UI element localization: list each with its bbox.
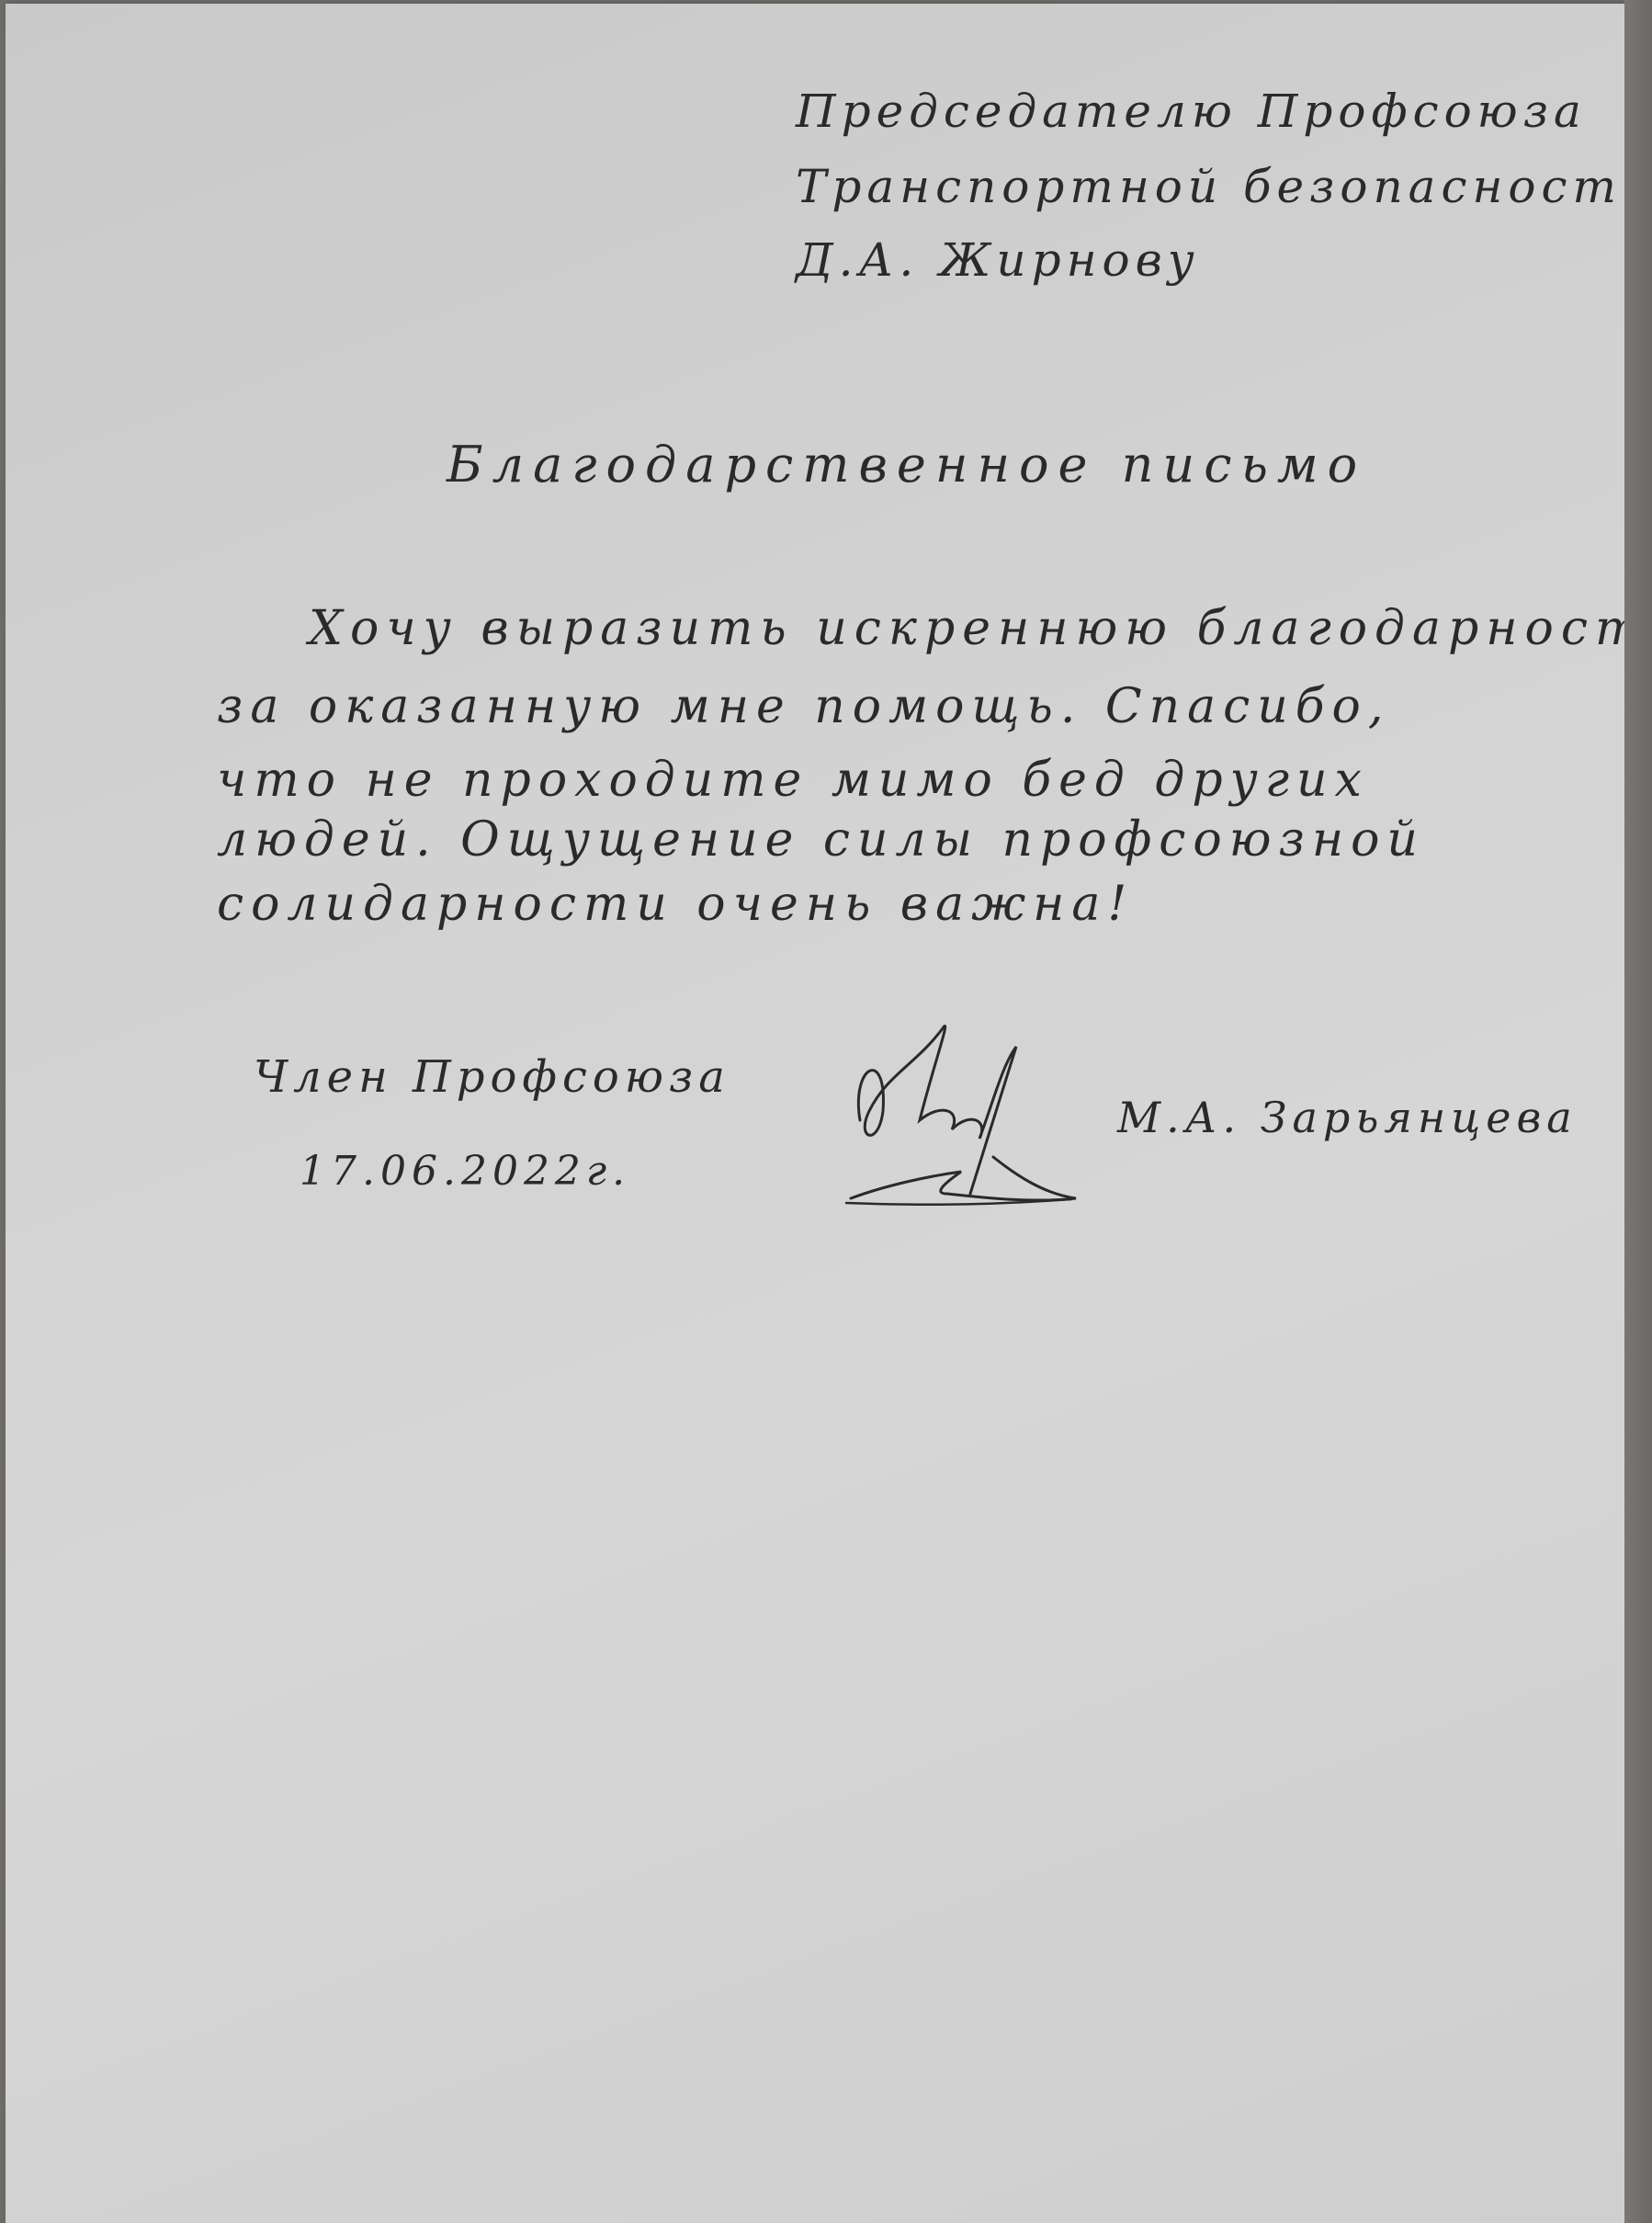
paper-sheet: Председателю Профсоюза Транспортной безо…: [6, 4, 1624, 2223]
body-line-2: за оказанную мне помощь. Спасибо,: [217, 679, 1390, 734]
body-line-5: солидарности очень важна!: [217, 877, 1134, 932]
handwritten-signature-icon: [832, 1010, 1136, 1221]
addressee-line-2: Транспортной безопасности: [796, 160, 1652, 213]
addressee-line-1: Председателю Профсоюза: [796, 85, 1587, 138]
body-line-4: людей. Ощущение силы профсоюзной: [217, 812, 1425, 868]
signer-name: М.А. Зарьянцева: [1117, 1093, 1578, 1142]
signer-role: Член Профсоюза: [254, 1051, 730, 1103]
letter-date: 17.06.2022г.: [300, 1148, 630, 1195]
addressee-line-3: Д.А. Жирнову: [796, 233, 1200, 287]
body-line-3: что не проходите мимо бед других: [217, 753, 1369, 808]
background-surface: [1624, 0, 1652, 2223]
letter-title: Благодарственное письмо: [447, 436, 1366, 493]
body-line-1: Хочу выразить искреннюю благодарность: [309, 601, 1652, 656]
